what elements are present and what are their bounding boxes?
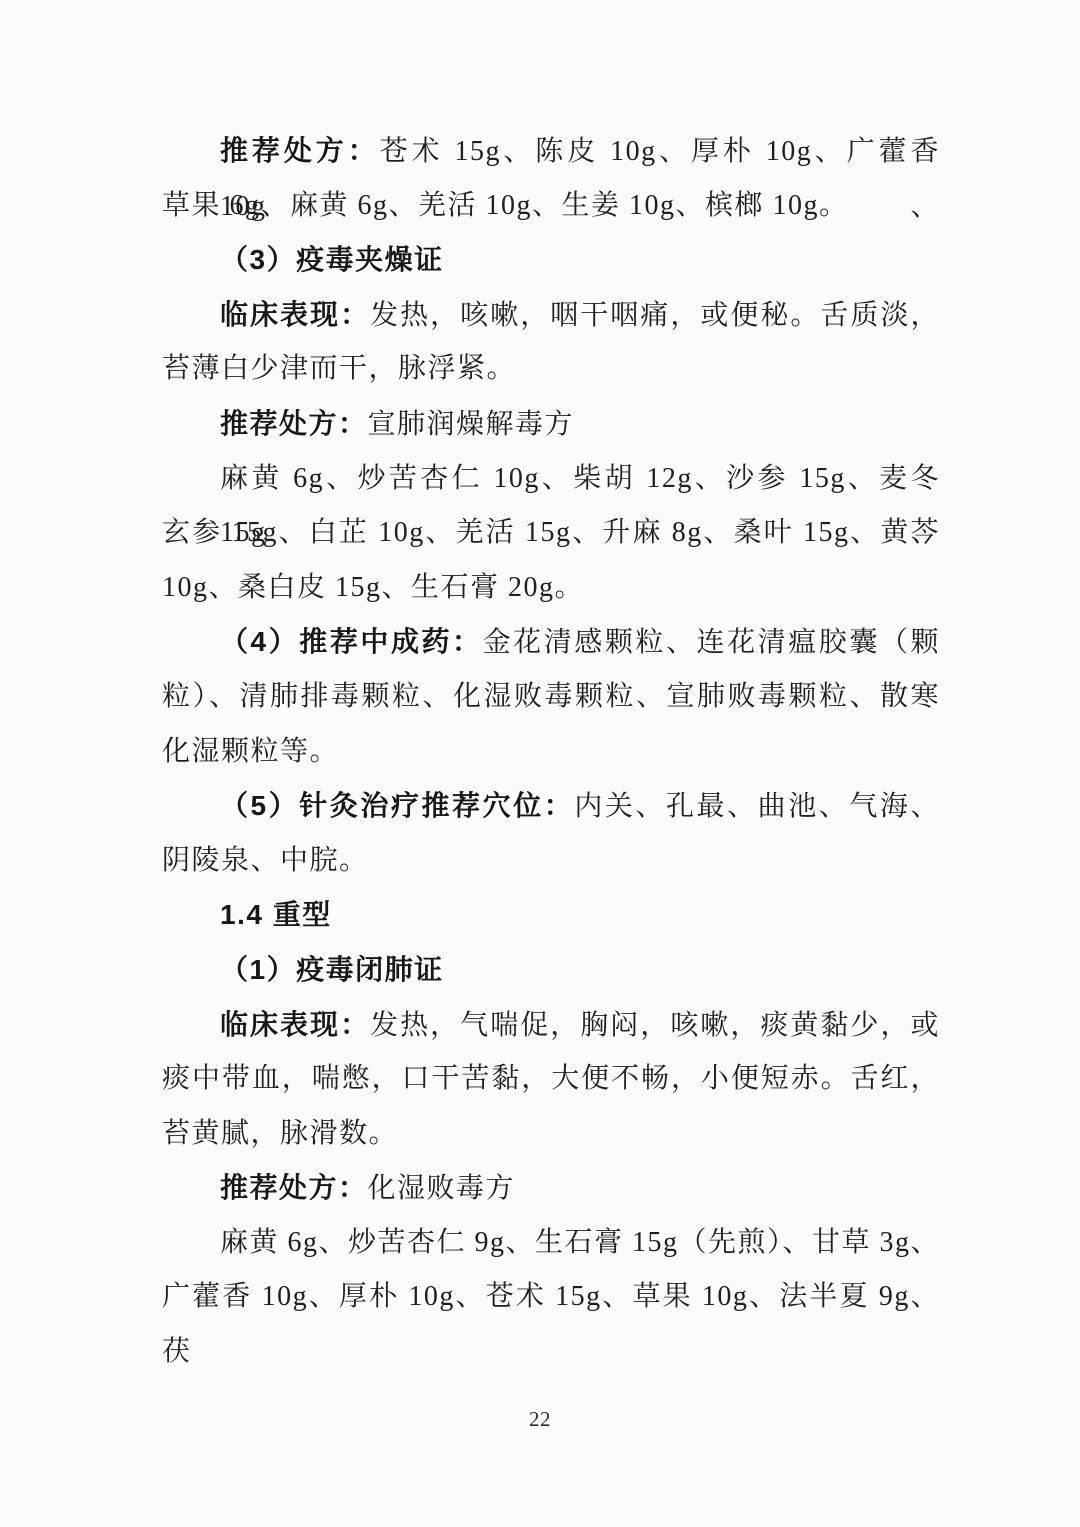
- text-line: 玄参 15g、白芷 10g、羌活 15g、升麻 8g、桑叶 15g、黄芩: [162, 506, 940, 561]
- text-line: 痰中带血，喘憋，口干苦黏，大便不畅，小便短赤。舌红，: [162, 1052, 940, 1107]
- text-line: 草果 6g、麻黄 6g、羌活 10g、生姜 10g、槟榔 10g。: [162, 179, 940, 234]
- line-text: 化湿败毒方: [368, 1173, 516, 1204]
- text-line: 苔薄白少津而干，脉浮紧。: [162, 342, 940, 397]
- text-line: 麻黄 6g、炒苦杏仁 10g、柴胡 12g、沙参 15g、麦冬 15g、: [162, 452, 940, 507]
- text-line: （4）推荐中成药：金花清感颗粒、连花清瘟胶囊（颗: [162, 615, 940, 670]
- text-line: 临床表现：发热，气喘促，胸闷，咳嗽，痰黄黏少，或: [162, 998, 940, 1053]
- bold-label: 推荐处方：: [220, 135, 380, 166]
- line-text: 发热，气喘促，胸闷，咳嗽，痰黄黏少，或: [370, 1010, 940, 1041]
- line-text: 宣肺润燥解毒方: [368, 409, 575, 440]
- line-text: 玄参 15g、白芷 10g、羌活 15g、升麻 8g、桑叶 15g、黄芩: [162, 517, 940, 548]
- page-number: 22: [0, 1404, 1080, 1434]
- bold-label: 推荐处方：: [220, 408, 368, 439]
- bold-label: （1）疫毒闭肺证: [220, 954, 444, 985]
- line-text: 阴陵泉、中脘。: [162, 845, 369, 876]
- bold-label: 临床表现：: [220, 1009, 370, 1040]
- text-line: 粒）、清肺排毒颗粒、化湿败毒颗粒、宣肺败毒颗粒、散寒: [162, 670, 940, 725]
- line-text: 发热，咳嗽，咽干咽痛，或便秘。舌质淡，: [370, 300, 940, 331]
- text-line: 苔黄腻，脉滑数。: [162, 1107, 940, 1162]
- text-line: （5）针灸治疗推荐穴位：内关、孔最、曲池、气海、: [162, 779, 940, 834]
- text-line: 10g、桑白皮 15g、生石膏 20g。: [162, 561, 940, 616]
- text-line: 推荐处方：宣肺润燥解毒方: [162, 397, 940, 452]
- text-line: 推荐处方：苍术 15g、陈皮 10g、厚朴 10g、广藿香 10g、: [162, 124, 940, 179]
- document-body: 推荐处方：苍术 15g、陈皮 10g、厚朴 10g、广藿香 10g、 草果 6g…: [162, 124, 940, 1325]
- document-page: 推荐处方：苍术 15g、陈皮 10g、厚朴 10g、广藿香 10g、 草果 6g…: [0, 0, 1080, 1527]
- line-text: 化湿颗粒等。: [162, 736, 339, 767]
- line-text: 痰中带血，喘憋，口干苦黏，大便不畅，小便短赤。舌红，: [162, 1063, 940, 1094]
- text-line: 推荐处方：化湿败毒方: [162, 1161, 940, 1216]
- line-text: 内关、孔最、曲池、气海、: [574, 791, 940, 822]
- text-line: 临床表现：发热，咳嗽，咽干咽痛，或便秘。舌质淡，: [162, 288, 940, 343]
- text-line: 麻黄 6g、炒苦杏仁 9g、生石膏 15g（先煎）、甘草 3g、: [162, 1216, 940, 1271]
- bold-label: （5）针灸治疗推荐穴位：: [220, 790, 574, 821]
- line-text: 广藿香 10g、厚朴 10g、苍术 15g、草果 10g、法半夏 9g、茯: [162, 1281, 940, 1367]
- line-text: 粒）、清肺排毒颗粒、化湿败毒颗粒、宣肺败毒颗粒、散寒: [162, 681, 940, 712]
- section-heading-1: （1）疫毒闭肺证: [162, 943, 940, 998]
- section-heading-1-4: 1.4 重型: [162, 888, 940, 943]
- line-text: 草果 6g、麻黄 6g、羌活 10g、生姜 10g、槟榔 10g。: [162, 190, 849, 221]
- bold-label: 推荐处方：: [220, 1172, 368, 1203]
- bold-label: （4）推荐中成药：: [220, 626, 483, 657]
- line-text: 10g、桑白皮 15g、生石膏 20g。: [162, 572, 584, 603]
- section-heading-3: （3）疫毒夹燥证: [162, 233, 940, 288]
- line-text: 苔薄白少津而干，脉浮紧。: [162, 353, 516, 384]
- line-text: 苔黄腻，脉滑数。: [162, 1118, 398, 1149]
- bold-label: 临床表现：: [220, 299, 370, 330]
- bold-label: （3）疫毒夹燥证: [220, 244, 444, 275]
- text-line: 阴陵泉、中脘。: [162, 834, 940, 889]
- text-line: 广藿香 10g、厚朴 10g、苍术 15g、草果 10g、法半夏 9g、茯: [162, 1270, 940, 1325]
- bold-label: 1.4 重型: [220, 899, 332, 930]
- line-text: 麻黄 6g、炒苦杏仁 9g、生石膏 15g（先煎）、甘草 3g、: [220, 1227, 940, 1258]
- line-text: 金花清感颗粒、连花清瘟胶囊（颗: [483, 627, 940, 658]
- text-line: 化湿颗粒等。: [162, 725, 940, 780]
